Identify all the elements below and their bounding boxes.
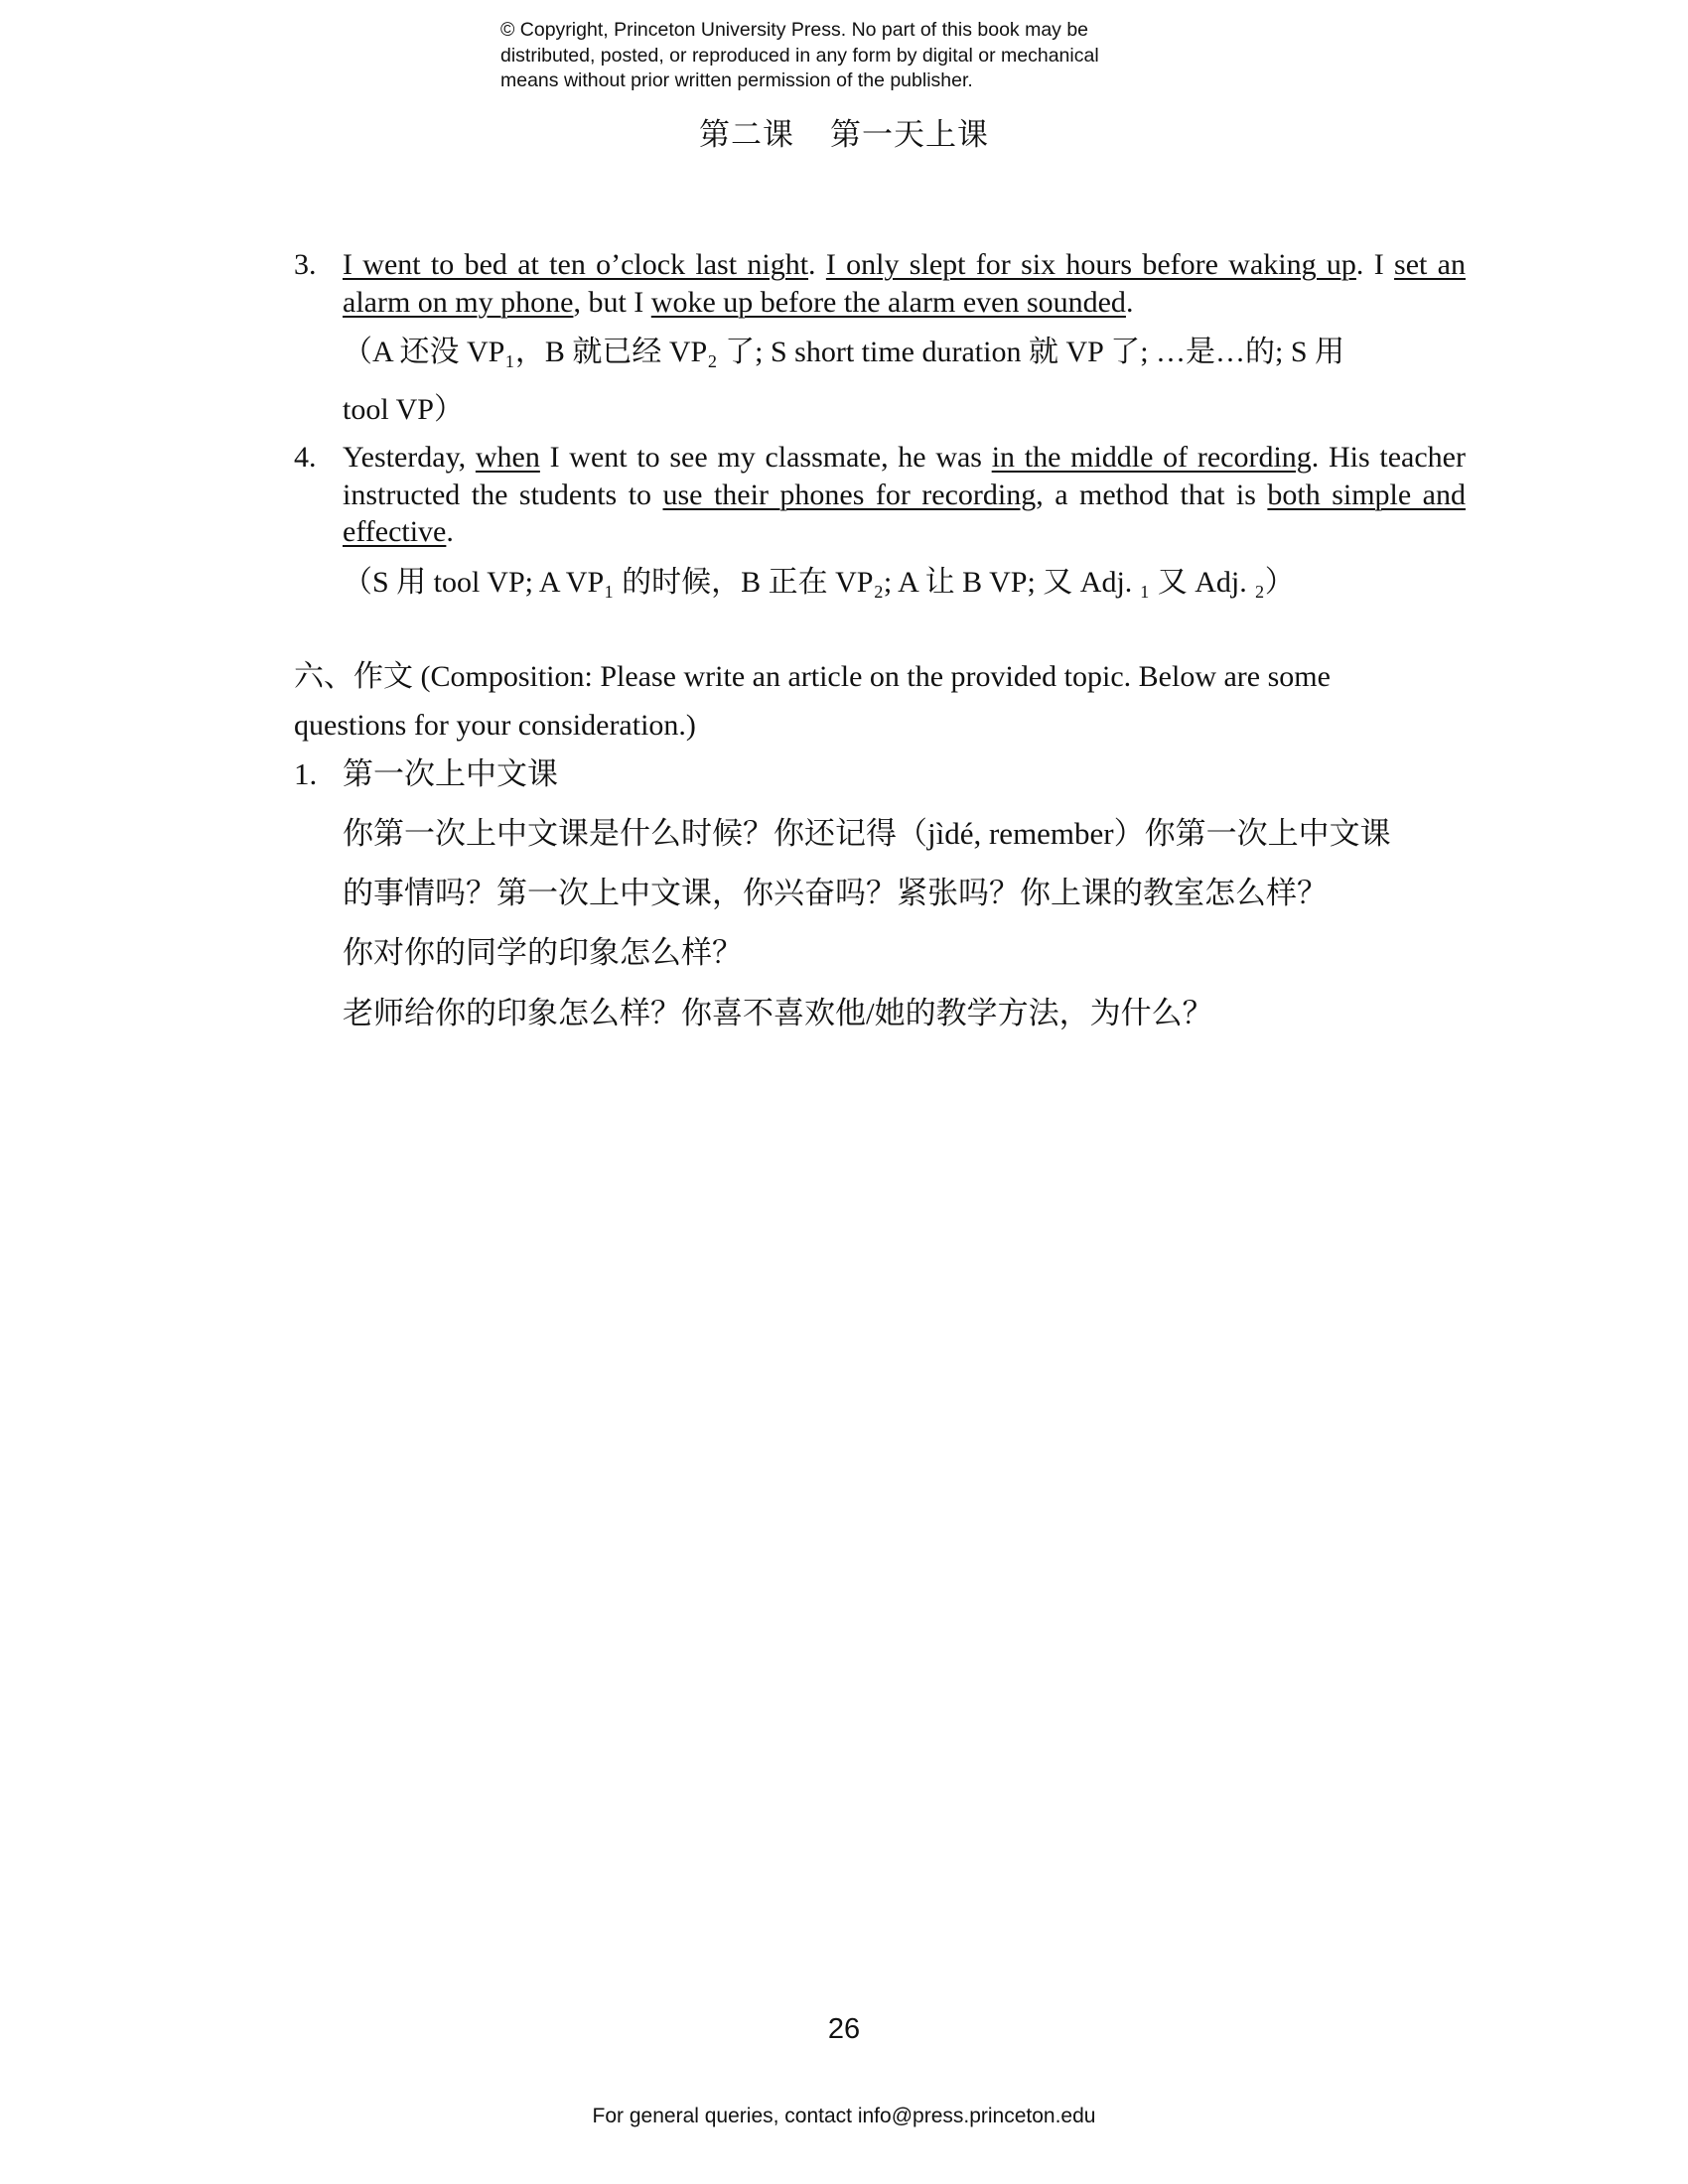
item-number: 4. [294,439,317,477]
lesson-number: 第二课 [699,117,794,152]
composition-heading: 六、作文 (Composition: Please write an artic… [294,658,1331,696]
item-number: 3. [294,246,317,284]
page-number: 26 [0,2013,1688,2046]
text-run: I went to see my classmate, he was [540,441,992,474]
underlined-phrase: in the middle of recording [992,441,1312,474]
text-run: . [808,248,826,281]
chapter-header: 第二课第一天上课 [0,109,1688,154]
question-line: 你对你的同学的印象怎么样？ [343,934,743,972]
underlined-phrase: when [476,441,540,474]
text-run: , but I [573,286,650,319]
underlined-phrase: use their phones for recording [663,478,1037,511]
exercise-item-4: 4. Yesterday, when I went to see my clas… [294,439,1466,551]
underlined-phrase: I went to bed at ten o’clock last night [343,248,808,281]
text-run: . I [1356,248,1394,281]
composition-heading-cont: questions for your consideration.) [294,707,696,745]
question-line: 的事情吗？第一次上中文课，你兴奋吗？紧张吗？你上课的教室怎么样？ [343,875,1328,912]
text-run: . [446,515,454,548]
question-line: 老师给你的印象怎么样？你喜不喜欢他/她的教学方法，为什么？ [343,995,1213,1032]
grammar-hint-3-line2: tool VP） [343,391,1465,428]
text-run: Yesterday, [343,441,476,474]
exercise-item-3: 3. I went to bed at ten o’clock last nig… [294,246,1466,321]
underlined-phrase: I only slept for six hours before waking… [826,248,1356,281]
copyright-line: means without prior written permission o… [500,68,1196,94]
text-run: . [1126,286,1134,319]
copyright-notice: © Copyright, Princeton University Press.… [500,18,1196,94]
question-line: 你第一次上中文课是什么时候？你还记得（jìdé, remember）你第一次上中… [343,815,1391,853]
copyright-line: distributed, posted, or reproduced in an… [500,44,1196,69]
grammar-hint-4: （S 用 tool VP; A VP₁ 的时候，B 正在 VP₂; A 让 B … [343,564,1465,601]
copyright-line: © Copyright, Princeton University Press.… [500,18,1196,44]
grammar-hint-3-line1: （A 还没 VP₁，B 就已经 VP₂ 了; S short time dura… [343,334,1465,370]
footer-contact: For general queries, contact info@press.… [0,2105,1688,2128]
text-run: , a method that is [1036,478,1267,511]
underlined-phrase: woke up before the alarm even sounded [651,286,1126,319]
topic-number: 1. [294,755,317,793]
item-text: Yesterday, when I went to see my classma… [343,439,1466,551]
item-text: I went to bed at ten o’clock last night.… [343,246,1466,321]
topic-title: 第一次上中文课 [343,755,558,793]
lesson-title: 第一天上课 [830,117,989,152]
